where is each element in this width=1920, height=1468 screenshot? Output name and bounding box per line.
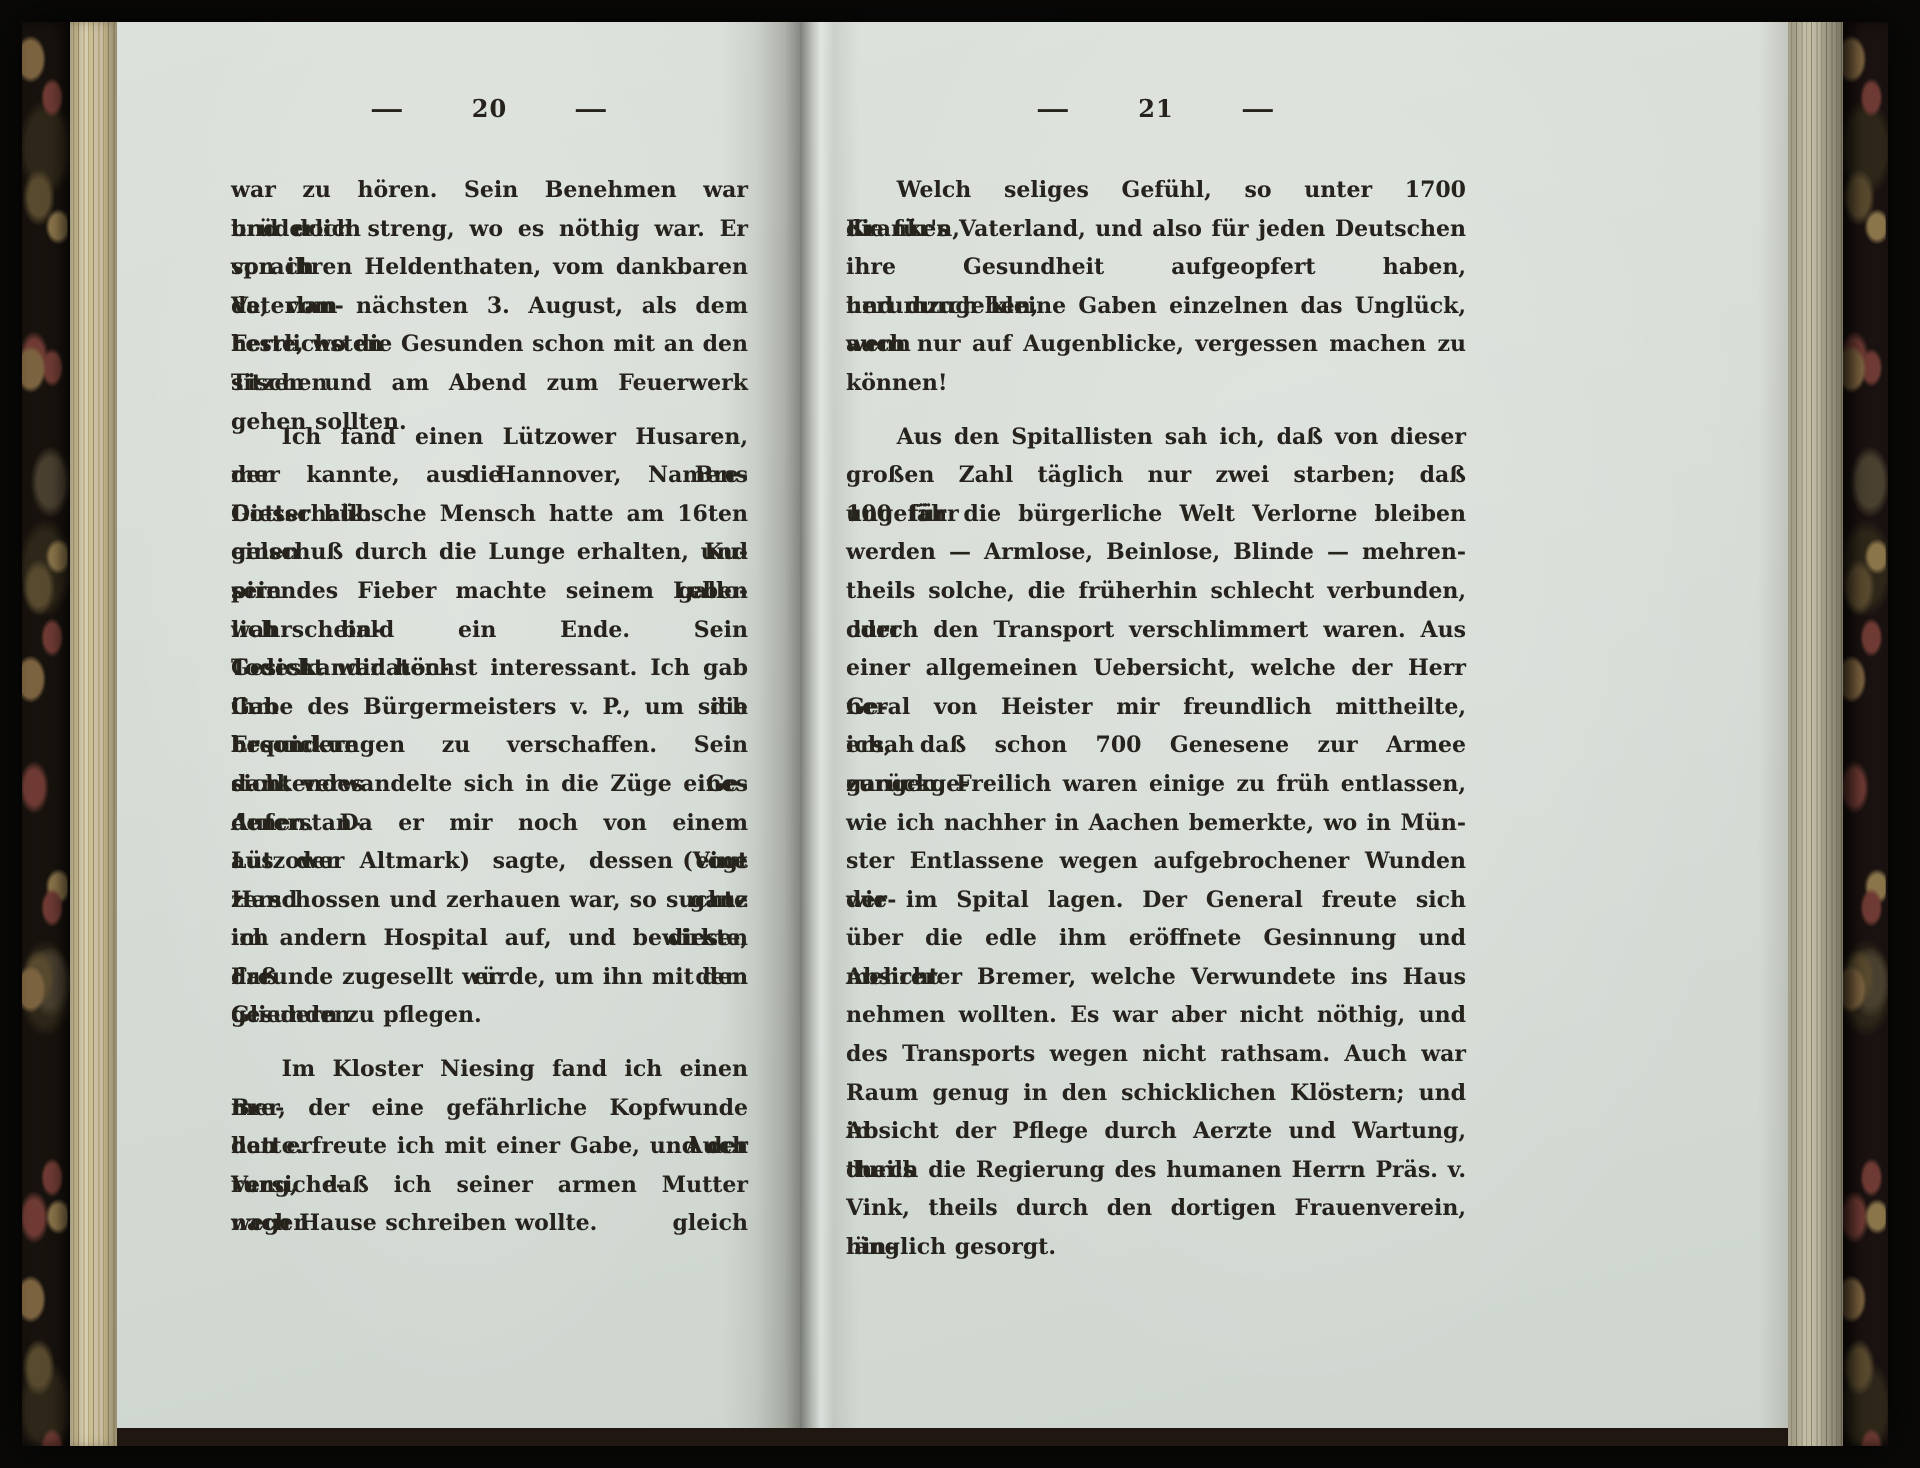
text-line: länglich gesorgt. [846,1228,1466,1267]
text-line: durch den Transport verschlimmert waren.… [846,611,1466,650]
text-line: zerschossen und zerhauen war, so suchte … [231,881,748,920]
text-line: die für's Vaterland, und also für jeden … [846,210,1466,249]
page-left-content: — 20 — war zu hören. Sein Benehmen war b… [117,22,800,1243]
text-line: Ich fand einen Lützower Husaren, der die… [231,418,748,457]
left-marbled-cover [22,22,70,1446]
paragraph: war zu hören. Sein Benehmen war brüderli… [231,171,748,403]
text-line: Absicht der Pflege durch Aerzte und Wart… [846,1112,1466,1151]
text-line: Raum genug in den schicklichen Klöstern;… [846,1074,1466,1113]
page-number-20: 20 [472,94,507,123]
text-line: ster Entlassene wegen aufgebrochener Wun… [846,842,1466,881]
header-dash-left: — [1036,94,1071,123]
header-dash-right: — [1241,94,1276,123]
text-line: werden — Armlose, Beinlose, Blinde — meh… [846,533,1466,572]
left-page-fore-edges [70,22,117,1446]
text-line: von ihren Heldenthaten, vom dankbaren Va… [231,248,748,287]
paragraph: Im Kloster Niesing fand ich einen Bre-me… [231,1050,748,1243]
page-right-content: — 21 — Welch seliges Gefühl, so unter 17… [800,22,1788,1267]
open-book: — 20 — war zu hören. Sein Benehmen war b… [22,22,1888,1446]
header-dash-right: — [574,94,609,123]
text-line: Vink, theils durch den dortigen Frauenve… [846,1189,1466,1228]
text-line: denen. Da er mir noch von einem Lützower… [231,804,748,843]
text-line: ich, daß schon 700 Genesene zur Armee zu… [846,726,1466,765]
text-line: Gesicht war höchst interessant. Ich gab … [231,649,748,688]
text-line: Aus den Spitallisten sah ich, daß von di… [846,418,1466,457]
text-line: durch die Regierung des humanen Herrn Pr… [846,1151,1466,1190]
text-line: auch nur auf Augenblicke, vergessen mach… [846,325,1466,364]
text-line: Gabe des Bürgermeisters v. P., um sich b… [231,688,748,727]
text-line: ihre Gesundheit aufgeopfert haben, herum… [846,248,1466,287]
page-right-header: — 21 — [846,94,1466,123]
text-line: lich bald ein Ende. Sein Todeskandidaten… [231,611,748,650]
text-line: Freunde zugesellt würde, um ihn mit den … [231,958,748,997]
text-line: Erquickungen zu verschaffen. Sein danken… [231,726,748,765]
right-page-fore-edges [1788,22,1843,1446]
text-line: des Transports wegen nicht rathsam. Auch… [846,1035,1466,1074]
text-line: Welch seliges Gefühl, so unter 1700 Kran… [846,171,1466,210]
paragraph: Welch seliges Gefühl, so unter 1700 Kran… [846,171,1466,403]
text-line: und durch kleine Gaben einzelnen das Ung… [846,287,1466,326]
page-left-text: war zu hören. Sein Benehmen war brüderli… [231,171,748,1243]
text-line: im andern Hospital auf, und bewirkte, da… [231,919,748,958]
page-left-header: — 20 — [231,94,748,123]
right-marbled-cover [1843,22,1888,1446]
text-line: gelschuß durch die Lunge erhalten, und s… [231,533,748,572]
text-line: den erfreute ich mit einer Gabe, und der… [231,1127,748,1166]
text-line: aus der Altmark) sagte, dessen eine Hand… [231,842,748,881]
text-line: theils solche, die früherhin schlecht ve… [846,572,1466,611]
text-line: großen Zahl täglich nur zwei starben; da… [846,456,1466,495]
text-line: 100 für die bürgerliche Welt Verlorne bl… [846,495,1466,534]
page-right-text: Welch seliges Gefühl, so unter 1700 Kran… [846,171,1466,1267]
text-line: mer, der eine gefährliche Kopfwunde hatt… [231,1089,748,1128]
text-line: Dieser hübsche Mensch hatte am 16ten ein… [231,495,748,534]
text-line: Im Kloster Niesing fand ich einen Bre- [231,1050,748,1089]
text-line: mer kannte, aus Hannover, Namens Gottsch… [231,456,748,495]
text-line: und doch streng, wo es nöthig war. Er sp… [231,210,748,249]
text-line: mehrerer Bremer, welche Verwundete ins H… [846,958,1466,997]
text-line: über die edle ihm eröffnete Gesinnung un… [846,919,1466,958]
text-line: können! [846,364,1466,403]
paragraph: Ich fand einen Lützower Husaren, der die… [231,418,748,1036]
page-number-21: 21 [1138,94,1173,123]
text-line: sicht verwandelte sich in die Züge eines… [231,765,748,804]
paragraph: Aus den Spitallisten sah ich, daß von di… [846,418,1466,1267]
text-line: sitzen und am Abend zum Feuerwerk gehen … [231,364,748,403]
text-line: war zu hören. Sein Benehmen war brüderli… [231,171,748,210]
text-line: Feste, wo die Gesunden schon mit an den … [231,325,748,364]
text-line: pirendes Fieber machte seinem Leben wahr… [231,572,748,611]
book-page-right: — 21 — Welch seliges Gefühl, so unter 17… [800,22,1788,1428]
text-line: neral von Heister mir freundlich mitthei… [846,688,1466,727]
book-page-left: — 20 — war zu hören. Sein Benehmen war b… [117,22,800,1428]
text-line: Gliedern zu pflegen. [231,996,748,1035]
text-line: einer allgemeinen Uebersicht, welche der… [846,649,1466,688]
text-line: wie ich nachher in Aachen bemerkte, wo i… [846,804,1466,843]
header-dash-left: — [370,94,405,123]
text-line: gangen. Freilich waren einige zu früh en… [846,765,1466,804]
text-line: der im Spital lagen. Der General freute … [846,881,1466,920]
text-line: de, vom nächsten 3. August, als dem herr… [231,287,748,326]
text-line: nehmen wollten. Es war aber nicht nöthig… [846,996,1466,1035]
photo-background: — 20 — war zu hören. Sein Benehmen war b… [0,0,1920,1468]
text-line: rung, daß ich seiner armen Mutter wegen … [231,1166,748,1205]
